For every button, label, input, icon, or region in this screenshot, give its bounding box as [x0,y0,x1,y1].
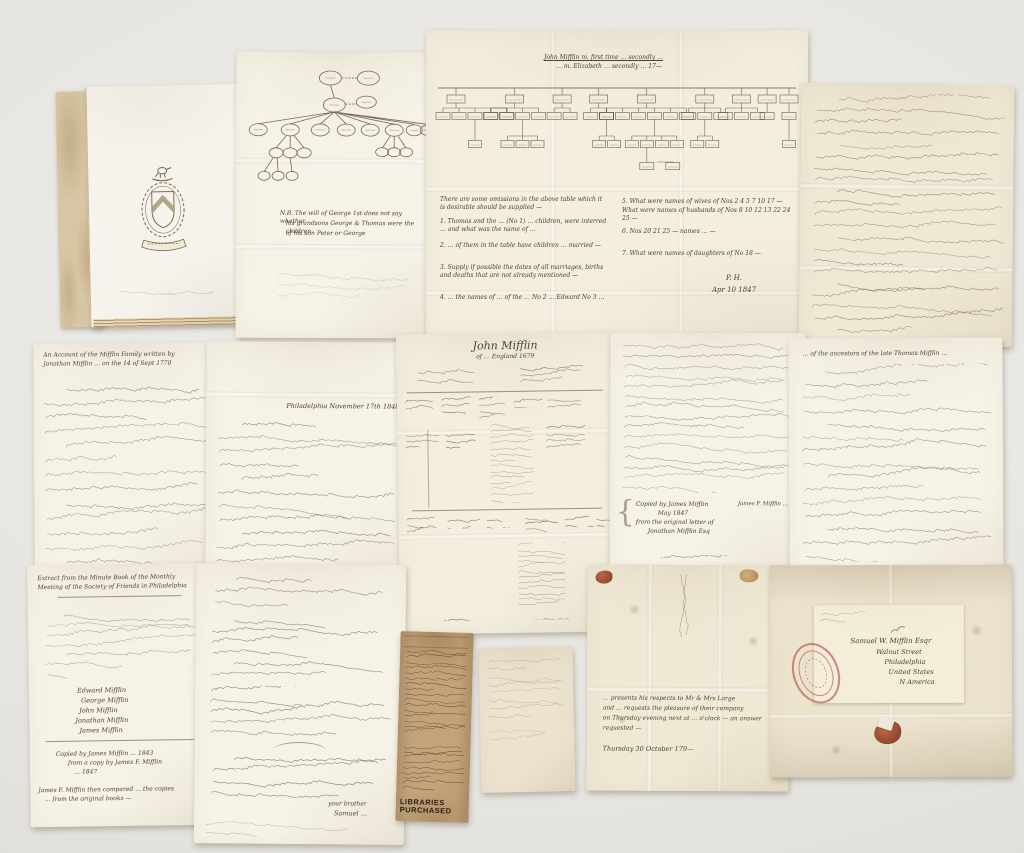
letter-body-text [620,341,797,494]
gen3-name [564,514,594,527]
chart-initials: P. H. [726,274,742,283]
account-heading2: Jonathan Mifflin … on the 14 of Sept 177… [43,359,211,368]
gen3-name [446,515,480,528]
chart-item6: 6. Nos 20 21 25 — names … — [622,228,798,236]
bound-volume [55,84,240,332]
name-list-3: John Mifflin [79,706,117,715]
pencil-lines-2 [488,727,546,744]
chart-item4: 4. … the names of … of the … No 2 … Edwa… [440,294,608,302]
rate-mark [889,618,919,638]
gen1-name [479,396,505,420]
copy-note1: Copied by James Mifflin [636,501,708,509]
letter-body-text [213,417,404,568]
pencil-note [478,646,575,793]
extract-copy-note2: from a copy by James F. Mifflin [68,758,162,767]
couple-left [416,367,474,384]
routing-note [820,609,872,622]
name-list-1: Edward Mifflin [77,686,126,695]
showthrough-text [276,270,410,300]
pencil-lines [487,656,564,720]
clipping-footer-line2: PURCHASED [400,805,464,816]
imprint-caption [119,283,215,296]
clipping-headline [406,637,466,646]
letter-closing: your brother [328,800,367,808]
extract-end-note2: … from the original books — [44,794,214,804]
address-line1: Samuel W. Mifflin Esqr [824,637,958,647]
chart-item5: 5. What were names of wives of Nos 2 4 5… [622,198,798,206]
mifflin-genealogy-sheet: John Mifflin of … England 1679 [396,331,618,634]
letter-body-text [809,93,1006,337]
paragraph-1 [210,573,390,609]
box-tree-diagram [434,74,800,186]
name-list-5: James Mifflin [79,726,122,735]
speaker-letter: { Copied by James Mifflin May 1847 from … [610,333,806,579]
postscript [202,821,352,837]
paragraph-4 [208,753,386,799]
chart-date: Apr 10 1847 [712,286,756,295]
philadelphia-letter: Philadelphia November 17th 1848 [205,341,411,578]
extract-copy-note3: … 1847 [74,768,97,776]
tree-note-line3: of his son Peter or George [286,230,432,238]
copy-note2: May 1847 [658,510,688,518]
account-body-text [41,380,212,569]
ancestors-letter: … of the ancestors of the late Thomas Mi… [788,337,1003,578]
letter-body-text [799,364,992,563]
invitation-line1: … presents his respects to Mr & Mrs Larg… [603,695,775,704]
chart-heading2: … m. Elizabeth … secondly … 17— [556,63,746,71]
biography-block [489,423,534,504]
chart-item7: 7. What were names of daughters of No 18… [622,250,798,258]
newspaper-clipping: LIBRARIES PURCHASED [395,631,473,823]
address-line4: United States [844,668,978,677]
name-list-2: George Mifflin [81,696,129,705]
corner-word [932,611,958,618]
chart-heading1: John Mifflin m. first time … secondly … [544,54,734,62]
extract-paragraph [42,609,199,679]
closing-line [630,549,780,559]
gen2-name [445,431,475,449]
wax-stain-right [740,569,759,582]
letter-signature: Samuel … [334,809,367,818]
gen1-name [547,395,581,409]
gen3-name [524,514,558,532]
sketched-family-tree: N.B. The will of George 1st does not say… [236,52,437,339]
address-line5: N America [850,678,984,687]
tree-subtitle: of … England 1679 [396,351,614,362]
invitation-note: … presents his respects to Mr & Mrs Larg… [586,564,789,791]
faint-signature [356,306,400,315]
copy-brace: { [616,493,635,532]
address-line3: Philadelphia [838,658,972,667]
clipping-column-2 [401,744,464,792]
addressee-line [216,401,264,410]
oval-tree-diagram [242,66,430,189]
invitation-line4: requested — [603,725,775,734]
name-list-4: Jonathan Mifflin [75,716,128,725]
chart-item5b: What were names of husbands of Nos 8 10 … [622,207,798,223]
coat-of-arms-icon [130,161,196,258]
letter-top-right [799,83,1015,347]
page-edges [93,316,239,327]
wax-stain-left [595,571,612,584]
bottom-note [440,610,580,621]
address-line2: Walnut Street [832,648,966,657]
title-page [85,84,241,327]
clipping-column-1 [403,648,467,736]
gen3-name [486,515,516,528]
clipping-subhead [413,736,455,743]
biography-block2 [517,542,566,607]
chart-item1: 1. Thomas and the … (No 1) … children, w… [440,218,608,234]
gen3-name [406,516,436,534]
chart-item2: 2. … of them in the table have children … [440,242,608,250]
paragraph-3 [207,685,391,739]
gen1-name [587,395,609,404]
couple-right [518,364,584,385]
copy-note4: Jonathan Mifflin Esq [648,528,710,536]
invitation-line2: and … requests the pleasure of their com… [603,705,775,714]
invitation-dateline: Thursday 30 October 179— [603,745,743,754]
account-heading1: An Account of the Mifflin Family written… [43,350,211,359]
copy-note3: from the original letter of [636,519,714,527]
folded-address-text [677,573,691,637]
gen1-name [441,396,471,414]
letter-dateline: Philadelphia November 17th 1848 [286,402,406,411]
extract-heading2: Meeting of the Society of Friends in Phi… [37,582,205,592]
invitation-line3: on Thursday evening next at … o'clock — … [603,715,775,724]
minute-extract: Extract from the Minute Book of the Mont… [27,563,216,828]
extract-copy-note1: Copied by James Mifflin … 1843 [56,750,154,759]
large-genealogy-chart: John Mifflin m. first time … secondly … … [426,30,808,336]
account-letter: An Account of the Mifflin Family written… [33,342,221,577]
gen1-name [513,395,543,407]
gen2-name [545,424,585,451]
address-cover: Samuel W. Mifflin Esqr Walnut Street Phi… [770,565,1013,778]
gen2-name [405,432,439,450]
brother-letter: your brother Samuel … [194,563,406,845]
paragraph-2 [207,615,392,681]
chart-item3: 3. Supply if possible the dates of all m… [440,264,608,280]
letter-opening: … of the ancestors of the late Thomas Mi… [802,349,992,358]
chart-notes-intro: There are some omissions in the above ta… [440,196,608,212]
photo-stage: N.B. The will of George 1st does not say… [0,0,1024,853]
gen1-name [405,397,433,411]
